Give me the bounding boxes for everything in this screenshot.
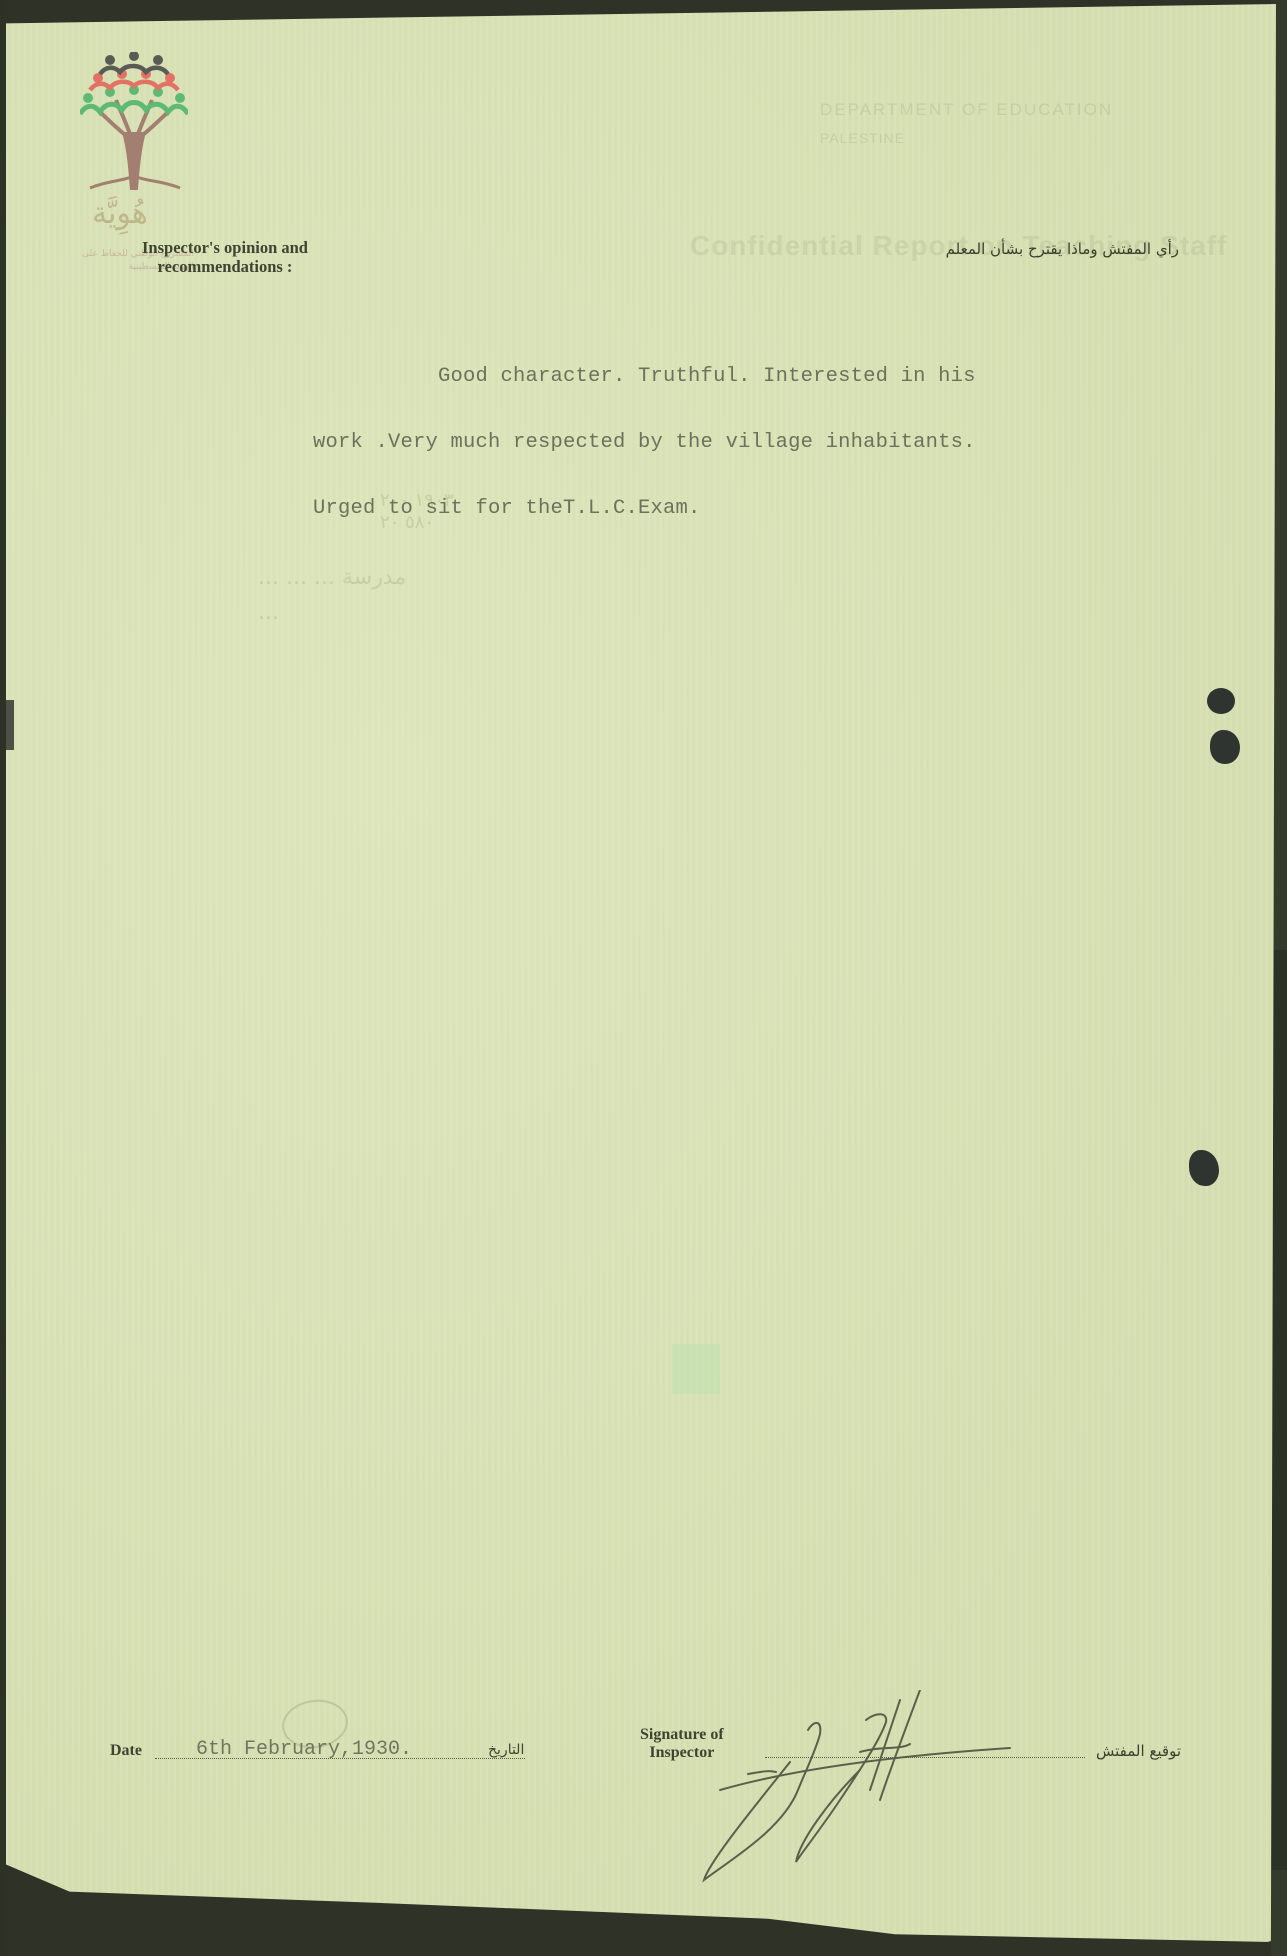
bleed-through-arabic-3: مدرسة ... ... ...: [258, 565, 406, 590]
bleed-through-arabic-4: ...: [258, 600, 279, 625]
opinion-label-line-1: Inspector's opinion and: [110, 238, 340, 257]
scan-artifact-patch: [672, 1344, 720, 1394]
opinion-label-line-2: recommendations :: [110, 257, 340, 276]
signature-label-arabic: توقيع المفتش: [1096, 1742, 1181, 1760]
opinion-line: Good character. Truthful. Interested in …: [313, 366, 1133, 388]
date-label: Date: [110, 1742, 142, 1760]
tree-of-people-logo-icon: [80, 52, 188, 192]
bleed-through-heading-2: PALESTINE: [820, 130, 905, 146]
page-tear-mark: [6, 700, 14, 750]
handwritten-signature-icon: [690, 1690, 1030, 1890]
date-label-arabic: التاريخ: [488, 1742, 524, 1758]
inspector-opinion-text: Good character. Truthful. Interested in …: [313, 322, 1133, 542]
opinion-line: Urged to sit for theT.L.C.Exam.: [313, 498, 1133, 520]
opinion-section-label-arabic: رأي المفتش وماذا يقترح بشأن المعلم: [946, 240, 1179, 258]
scan-left-edge: [0, 0, 6, 1956]
ink-blot: [1207, 688, 1235, 714]
ink-blot: [1210, 730, 1240, 764]
watermark-logo-text: هُوِيَّة: [92, 196, 148, 231]
document-page: [6, 4, 1276, 1942]
bleed-through-heading-1: DEPARTMENT OF EDUCATION: [820, 100, 1113, 120]
opinion-line: work .Very much respected by the village…: [313, 432, 1133, 454]
opinion-section-label: Inspector's opinion and recommendations …: [110, 238, 340, 276]
date-value: 6th February,1930.: [196, 1738, 412, 1761]
